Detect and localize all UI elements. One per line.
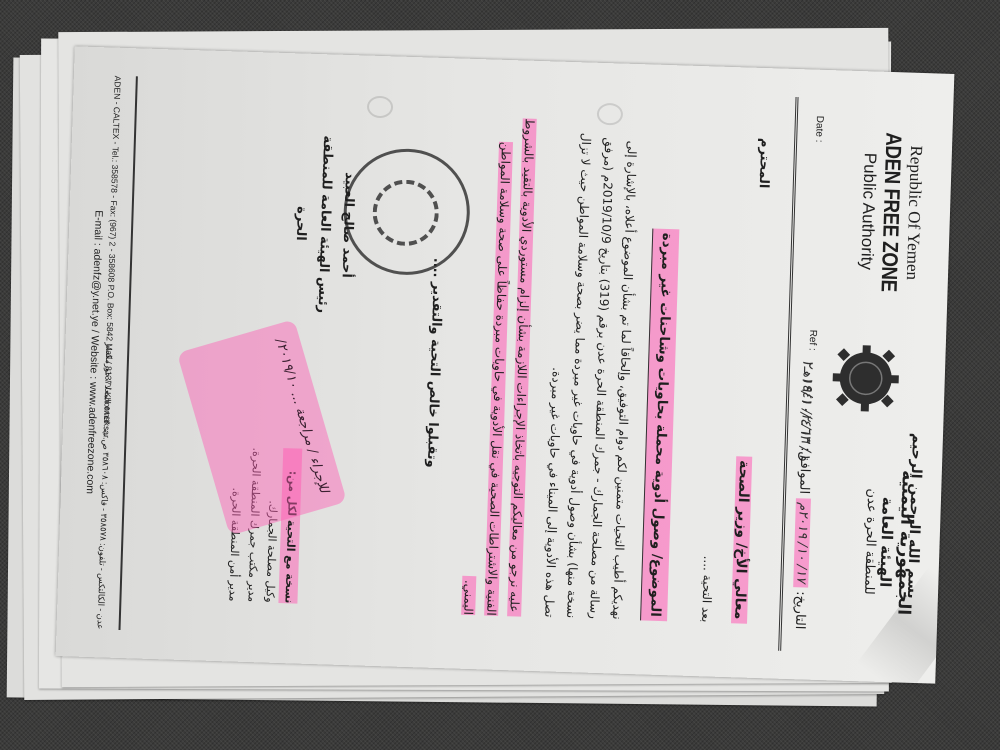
gear-emblem-icon xyxy=(819,332,912,425)
date-gregorian: ١٧/ ١٠/ ٢٠١٩م xyxy=(793,498,811,587)
date-label-ar: التاريخ: xyxy=(792,591,808,630)
date-arabic: التاريخ: ١٧/ ١٠/ ٢٠١٩م الموافق: ١٦/ ٢/ ١… xyxy=(792,366,815,629)
ref-label-en: Ref : xyxy=(807,329,819,350)
paragraph-highlighted: عليه نرجو من معاليكم التوجيه باتخاذ الإج… xyxy=(461,118,536,616)
footer: ADEN - CALTEX - Tel.: 358578 - Fax: (967… xyxy=(77,75,125,630)
header-english: Republic Of Yemen ADEN FREE ZONE Public … xyxy=(855,111,927,313)
signature-block: أحمد صالح العبيد رئيس الهيئة العامة للمن… xyxy=(286,123,362,325)
handwritten-annotation: للإجراء / مراجعة ... ٢٠١٩/١٠/ xyxy=(177,319,347,535)
punch-hole xyxy=(367,96,394,119)
date-label-en: Date : xyxy=(813,116,825,143)
date-hijri: ١٦/ ٢/ ١٤٤١هـ xyxy=(798,366,815,443)
hijri-label: الموافق: xyxy=(796,447,812,494)
paragraph: نهديكم أطيب التحيات متمنين لكم دوام التو… xyxy=(537,115,644,620)
letter-body: معالي الأخ/ وزير الصحة بعد التحية .... ا… xyxy=(414,112,768,624)
letter-page: بسم الله الرحمن الرحيم Republic Of Yemen… xyxy=(56,46,955,683)
addressee: معالي الأخ/ وزير الصحة xyxy=(731,456,752,624)
org-name-en: ADEN FREE ZONE xyxy=(875,127,906,298)
signatory-title: رئيس الهيئة العامة للمنطقة الحرة xyxy=(286,123,339,324)
header-arabic: الجمهورية اليمنية الهيئة العامة للمنطقة … xyxy=(859,441,918,643)
subject-line: الموضوع/ وصول أدوية محملة بحاويات وشاحنا… xyxy=(640,228,679,621)
